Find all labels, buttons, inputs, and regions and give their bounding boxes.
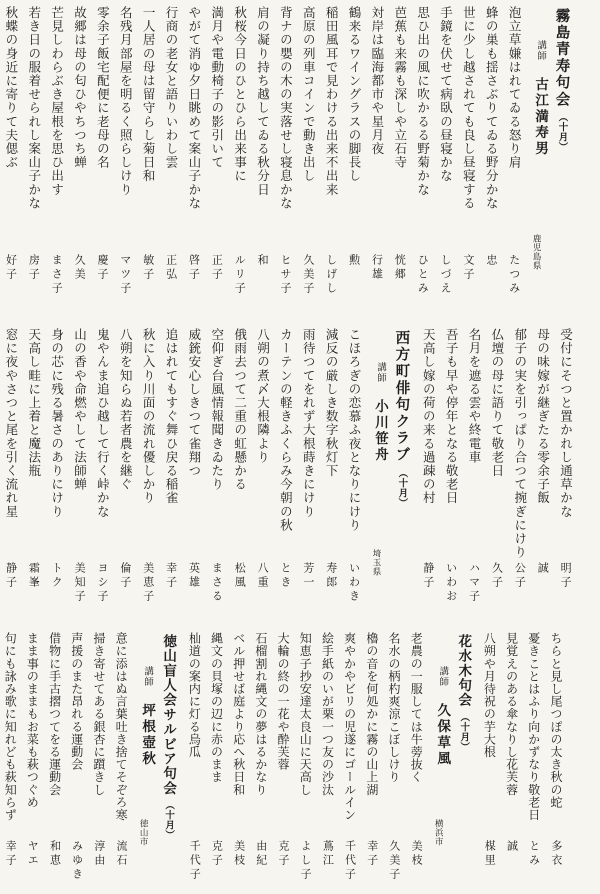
haiku-author: ヨシ子 (94, 562, 110, 604)
haiku-text: 絵手紙のいが栗一つ友の沙汰 (319, 632, 335, 840)
haiku-item: 八朔の煮〆大根隣より 八重 (254, 328, 271, 624)
haiku-text: 背ナの嬰の木の実落せし寝息かな (277, 6, 294, 254)
place-name: 横浜市 (433, 819, 445, 846)
haiku-author: 慶子 (94, 254, 110, 282)
lecturer-column: 講師 坪根壺秋 徳山市 (138, 632, 156, 894)
haiku-item: 若き日の服着せられし案山子かな 房子 (25, 6, 42, 318)
haiku-text: 受付にそつと置かれし通草かな (557, 328, 574, 562)
lecturer-name: 古江満寿男 (533, 77, 548, 157)
haiku-item: 対岸は臨海都市や星月夜 行雄 (368, 6, 385, 318)
haiku-text: 秋蝶の身近に寄りて夫偲ぶ (2, 6, 19, 254)
haiku-item: 泡立草嫌はれてゐる怒り肩 たつみ (505, 6, 522, 318)
section-header: 霧島青寿句会（十月） 講師 古江満寿男 鹿児島県 (531, 6, 570, 318)
haiku-author: 誠 (503, 840, 519, 854)
haiku-item: 杣道の案内に灯る烏瓜 千代子 (186, 632, 202, 894)
haiku-author: 倫子 (117, 562, 133, 590)
haiku-item: 秋に入り川面の流れ優しかり 美恵子 (139, 328, 156, 624)
haiku-text: 一人居の母は留守らし菊日和 (139, 6, 156, 254)
section-title: 徳山盲人会サルビア句会 (161, 634, 176, 796)
haiku-item: 憂きことはふり向かずなり敬老日 とみ (526, 632, 542, 894)
section-header: 西方町俳句クラブ（十月） 講師 小川笹舟 埼玉県 (371, 328, 410, 624)
section-header: 徳山盲人会サルビア句会（十月） 講師 坪根壺秋 徳山市 (138, 632, 177, 894)
haiku-author: 恍郷 (391, 254, 407, 282)
haiku-author: たつみ (506, 254, 522, 296)
haiku-author: 久子 (488, 562, 504, 590)
haiku-item: 見覚えのある傘なりし花芙蓉 誠 (503, 632, 519, 894)
haiku-item: 仏壇の母に語りて敬老日 久子 (488, 328, 505, 624)
haiku-text: ちらと見し尾つぽの太き秋の蛇 (548, 632, 564, 840)
haiku-author: 芳一 (300, 562, 316, 590)
haiku-text: 杣道の案内に灯る烏瓜 (186, 632, 202, 840)
haiku-item: 世に少し越されても良し昼寝する 文子 (460, 6, 477, 318)
haiku-author: マツ子 (117, 254, 133, 296)
haiku-item: 窓に夜やさつと尾を引く流れ星 静子 (2, 328, 19, 624)
haiku-text: 石榴割れ縄文の夢はるかなり (253, 632, 269, 840)
haiku-text: 天高し嫁の荷の来る過疎の村 (419, 328, 436, 562)
haiku-text: 稲田風耳で見わける出来不出来 (322, 6, 339, 254)
haiku-text: 天高し畦に上着と魔法瓶 (25, 328, 42, 562)
haiku-item: 稲田風耳で見わける出来不出来 しげし (322, 6, 339, 318)
haiku-item: 名月を遮る雲や終電車 ハマ子 (465, 328, 482, 624)
haiku-author: いわき (346, 562, 362, 604)
haiku-author: 房子 (25, 254, 41, 282)
haiku-text: 蜂の巣も揺さぶりてゐる野分かな (482, 6, 499, 254)
haiku-text: 句にも詠み歌に知れども萩知らず (2, 632, 18, 840)
haiku-item: 思ひ出の風に吹かるる野菊かな ひとみ (414, 6, 431, 318)
haiku-text: 見覚えのある傘なりし花芙蓉 (503, 632, 519, 840)
haiku-item: 意に添はぬ言葉吐き捨てそぞろ寒 流石 (113, 632, 129, 894)
haiku-item: 追はれてもすぐ舞ひ戻る稲雀 幸子 (162, 328, 179, 624)
haiku-item: 石榴割れ縄文の夢はるかなり 由紀 (253, 632, 269, 894)
haiku-author: 由紀 (253, 840, 269, 868)
page: 霧島青寿句会（十月） 講師 古江満寿男 鹿児島県 泡立草嫌はれてゐる怒り肩 たつ… (0, 0, 600, 894)
haiku-author: 克子 (275, 840, 291, 868)
section-title: 西方町俳句クラブ (393, 330, 409, 464)
haiku-text: 威銃安心しきつて雀翔つ (185, 328, 202, 562)
haiku-text: 憂きことはふり向かずなり敬老日 (526, 632, 542, 840)
haiku-author: 美知子 (71, 562, 87, 604)
haiku-item: 鶴来るワイングラスの脚長し 勲 (345, 6, 362, 318)
haiku-item: やがて消ゆ夕日眺めて案山子かな 啓子 (185, 6, 202, 318)
haiku-item: ベル押せば庭より応へ秋日和 美枝 (231, 632, 247, 894)
haiku-text: 八朔の煮〆大根隣より (254, 328, 271, 562)
haiku-author: しづえ (437, 254, 453, 296)
haiku-item: 空仰ぎ台風情報聞きゐたり まさる (208, 328, 225, 624)
haiku-item: カーテンの軽きふくらみ今朝の秋 とき (277, 328, 294, 624)
haiku-item: 行商の老女と語りいわし雲 正弘 (162, 6, 179, 318)
haiku-text: 世に少し越されても良し昼寝する (460, 6, 477, 254)
haiku-text: ベル押せば庭より応へ秋日和 (231, 632, 247, 840)
band-1: 霧島青寿句会（十月） 講師 古江満寿男 鹿児島県 泡立草嫌はれてゐる怒り肩 たつ… (2, 6, 574, 318)
haiku-author: とみ (526, 840, 542, 868)
haiku-item: まま事のままもお菜も萩つぐめ ヤエ (24, 632, 40, 894)
haiku-text: 秋に入り川面の流れ優しかり (139, 328, 156, 562)
haiku-item: 肩の凝り持ち越してゐる秋分日 和 (254, 6, 271, 318)
lecturer-label: 講師 (535, 40, 545, 61)
haiku-text: 名残月部屋を明るく照らしけり (116, 6, 133, 254)
haiku-item: 郁子の実を引っぱり合つて捥ぎにけり 公子 (511, 328, 528, 624)
haiku-item: 爽やかやビリの児遂にゴールイン 千代子 (341, 632, 357, 894)
haiku-item: 借物に手古摺つてをる運動会 和恵 (46, 632, 62, 894)
lecturer-column: 講師 久保草風 横浜市 (433, 632, 451, 894)
haiku-author: しげし (323, 254, 339, 296)
lecturer-name: 坪根壺秋 (140, 703, 155, 767)
haiku-item: 山の香や命燃やして法師蝉 美知子 (71, 328, 88, 624)
haiku-author: ハマ子 (466, 562, 482, 604)
haiku-author: トク (48, 562, 64, 590)
haiku-text: 借物に手古摺つてをる運動会 (46, 632, 62, 840)
haiku-text: 若き日の服着せられし案山子かな (25, 6, 42, 254)
haiku-item: 受付にそつと置かれし通草かな 明子 (557, 328, 574, 624)
section-title-column: 徳山盲人会サルビア句会（十月） (159, 632, 177, 894)
haiku-item: 絵手紙のいが栗一つ友の沙汰 蔦江 (319, 632, 335, 894)
haiku-item: 知恵子抄安達太良山に天高し よし子 (297, 632, 313, 894)
haiku-item: 老農の一服しては牛蒡抜く 美枝 (408, 632, 424, 894)
haiku-item: 八朔を知らぬ若者農を継ぐ 倫子 (116, 328, 133, 624)
haiku-item: 一人居の母は留守らし菊日和 敏子 (139, 6, 156, 318)
haiku-item: 芭蕉も来霧も深しや立石寺 恍郷 (391, 6, 408, 318)
lecturer-column: 講師 古江満寿男 鹿児島県 (531, 6, 549, 318)
haiku-author: 啓子 (185, 254, 201, 282)
haiku-text: 雨待つてをれず大根蒔きにけり (299, 328, 316, 562)
haiku-author: 敏子 (140, 254, 156, 282)
haiku-text: 母の味嫁が継ぎたる零余子飯 (534, 328, 551, 562)
haiku-text: 名月を遮る雲や終電車 (465, 328, 482, 562)
haiku-author: 文子 (460, 254, 476, 282)
haiku-author: 明子 (557, 562, 573, 590)
haiku-text: 声援のまた昂れる運動会 (69, 632, 85, 840)
lecturer-name: 久保草風 (435, 703, 450, 767)
haiku-author: 和恵 (46, 840, 62, 868)
haiku-author: 楳里 (481, 840, 497, 868)
haiku-text: 追はれてもすぐ舞ひ戻る稲雀 (162, 328, 179, 562)
haiku-item: 俄雨去つて二重の虹懸かる 松風 (231, 328, 248, 624)
section-title-column: 西方町俳句クラブ（十月） (392, 328, 410, 624)
haiku-item: 手鏡を伏せて病臥の昼寝かな しづえ (437, 6, 454, 318)
haiku-text: 減反の厳しき数字秋灯下 (322, 328, 339, 562)
haiku-text: 爽やかやビリの児遂にゴールイン (341, 632, 357, 840)
haiku-text: 吾子も早や停年となる敬老日 (442, 328, 459, 562)
haiku-author: 久美子 (300, 254, 316, 296)
haiku-author: 美恵子 (140, 562, 156, 604)
haiku-text: 対岸は臨海都市や星月夜 (368, 6, 385, 254)
haiku-item: 身の芯に残る暑さのありにけり トク (48, 328, 65, 624)
haiku-item: 減反の厳しき数字秋灯下 寿郎 (322, 328, 339, 624)
haiku-text: 肩の凝り持ち越してゐる秋分日 (254, 6, 271, 254)
lecturer-label: 講師 (375, 362, 385, 383)
haiku-author: まさ子 (48, 254, 64, 296)
haiku-author: 久美子 (386, 840, 402, 882)
haiku-author: ヤエ (24, 840, 40, 868)
haiku-item: こほろぎの恋慕ふ夜となりにけり いわき (345, 328, 362, 624)
haiku-author: 英雄 (185, 562, 201, 590)
haiku-author: 正子 (208, 254, 224, 282)
haiku-author: 正弘 (163, 254, 179, 282)
haiku-text: 高原の列車コインで動き出し (299, 6, 316, 254)
haiku-author: 幸子 (2, 840, 18, 868)
haiku-text: 老農の一服しては牛蒡抜く (408, 632, 424, 840)
haiku-text: 郁子の実を引っぱり合つて捥ぎにけり (511, 328, 528, 562)
section-header: 花水木句会（十月） 講師 久保草風 横浜市 (433, 632, 472, 894)
haiku-author: よし子 (297, 840, 313, 882)
haiku-text: 知恵子抄安達太良山に天高し (297, 632, 313, 840)
haiku-author: 蔦江 (319, 840, 335, 868)
haiku-text: 意に添はぬ言葉吐き捨てそぞろ寒 (113, 632, 129, 840)
haiku-item: 母の味嫁が継ぎたる零余子飯 誠 (534, 328, 551, 624)
haiku-text: 身の芯に残る暑さのありにけり (48, 328, 65, 562)
section-month: （十月） (396, 468, 406, 508)
haiku-text: 山の香や命燃やして法師蝉 (71, 328, 88, 562)
haiku-author: 公子 (511, 562, 527, 590)
haiku-text: 鬼やんま追ひ越して行く峠かな (94, 328, 111, 562)
section-month: （十月） (557, 112, 567, 152)
section-title: 霧島青寿句会 (554, 8, 570, 108)
haiku-text: 鶴来るワイングラスの脚長し (345, 6, 362, 254)
haiku-author: 行雄 (368, 254, 384, 282)
haiku-item: 背ナの嬰の木の実落せし寝息かな ヒサ子 (277, 6, 294, 318)
haiku-item: 櫓の音を何処かに霧の山上湖 幸子 (364, 632, 380, 894)
haiku-text: 仏壇の母に語りて敬老日 (488, 328, 505, 562)
haiku-item: 故郷は母の匂ひやちつち蝉 久美 (71, 6, 88, 318)
haiku-author: 美枝 (408, 840, 424, 868)
place-name: 徳山市 (138, 819, 150, 846)
haiku-item: 秋蝶の身近に寄りて夫偲ぶ 好子 (2, 6, 19, 318)
haiku-author: みゆき (69, 840, 85, 882)
section-title-column: 花水木句会（十月） (454, 632, 472, 894)
haiku-text: 空仰ぎ台風情報聞きゐたり (208, 328, 225, 562)
haiku-author: ひとみ (414, 254, 430, 296)
haiku-author: 松風 (231, 562, 247, 590)
band-2: 受付にそつと置かれし通草かな 明子 母の味嫁が継ぎたる零余子飯 誠 郁子の実を引… (2, 328, 574, 624)
haiku-item: 雨待つてをれず大根蒔きにけり 芳一 (299, 328, 316, 624)
haiku-text: こほろぎの恋慕ふ夜となりにけり (345, 328, 362, 562)
lecturer-column: 講師 小川笹舟 埼玉県 (371, 328, 389, 624)
haiku-item: 鬼やんま追ひ越して行く峠かな ヨシ子 (94, 328, 111, 624)
section-month: （十月） (163, 800, 173, 840)
haiku-author: 八重 (254, 562, 270, 590)
haiku-text: 泡立草嫌はれてゐる怒り肩 (505, 6, 522, 254)
haiku-item: 満月や電動椅子の影引いて 正子 (208, 6, 225, 318)
haiku-item: 芒見しわらぶき屋根を思ひ出す まさ子 (48, 6, 65, 318)
section-title: 花水木句会 (456, 634, 471, 708)
haiku-author: 好子 (2, 254, 18, 282)
haiku-text: 芒見しわらぶき屋根を思ひ出す (48, 6, 65, 254)
haiku-item: 名残月部屋を明るく照らしけり マツ子 (116, 6, 133, 318)
haiku-text: やがて消ゆ夕日眺めて案山子かな (185, 6, 202, 254)
haiku-item: 零余子飯宅配便に老母の名 慶子 (94, 6, 111, 318)
haiku-author: まさる (208, 562, 224, 604)
haiku-author: 霜峯 (25, 562, 41, 590)
haiku-author: いわお (443, 562, 459, 604)
haiku-author: 千代子 (342, 840, 358, 882)
haiku-item: 大輪の終の一花や酔芙蓉 克子 (275, 632, 291, 894)
haiku-text: 満月や電動椅子の影引いて (208, 6, 225, 254)
haiku-item: 威銃安心しきつて雀翔つ 英雄 (185, 328, 202, 624)
haiku-text: 手鏡を伏せて病臥の昼寝かな (437, 6, 454, 254)
haiku-text: 掃き寄せてある銀杏に躓きし (91, 632, 107, 840)
haiku-item: 天高し嫁の荷の来る過疎の村 静子 (419, 328, 436, 624)
haiku-author: 勲 (346, 254, 362, 268)
lecturer-label: 講師 (437, 666, 447, 687)
haiku-item: 秋桜今日のひとひら出来事に ルリ子 (231, 6, 248, 318)
section-month: （十月） (458, 712, 468, 752)
haiku-author: 多衣 (548, 840, 564, 868)
haiku-item: 縄文の貝塚の辺に赤のまま 克子 (208, 632, 224, 894)
haiku-item: 天高し畦に上着と魔法瓶 霜峯 (25, 328, 42, 624)
haiku-author: 幸子 (163, 562, 179, 590)
haiku-text: 芭蕉も来霧も深しや立石寺 (391, 6, 408, 254)
place-name: 鹿児島県 (531, 234, 543, 270)
haiku-item: 八朔や月待祝の芋大根 楳里 (481, 632, 497, 894)
haiku-author: 流石 (113, 840, 129, 868)
haiku-author: 静子 (2, 562, 18, 590)
lecturer-name: 小川笹舟 (373, 399, 388, 463)
haiku-text: 思ひ出の風に吹かるる野菊かな (414, 6, 431, 254)
haiku-item: 蜂の巣も揺さぶりてゐる野分かな 忠 (482, 6, 499, 318)
haiku-text: 故郷は母の匂ひやちつち蝉 (71, 6, 88, 254)
haiku-text: 俄雨去つて二重の虹懸かる (231, 328, 248, 562)
haiku-author: 克子 (208, 840, 224, 868)
haiku-text: 秋桜今日のひとひら出来事に (231, 6, 248, 254)
haiku-author: 久美 (71, 254, 87, 282)
haiku-text: 縄文の貝塚の辺に赤のまま (208, 632, 224, 840)
haiku-item: 吾子も早や停年となる敬老日 いわお (442, 328, 459, 624)
haiku-author: ルリ子 (231, 254, 247, 296)
lecturer-label: 講師 (142, 666, 152, 687)
haiku-author: 和 (254, 254, 270, 268)
haiku-author: 淳由 (91, 840, 107, 868)
haiku-item: 句にも詠み歌に知れども萩知らず 幸子 (2, 632, 18, 894)
haiku-text: 大輪の終の一花や酔芙蓉 (275, 632, 291, 840)
band-3: ちらと見し尾つぽの太き秋の蛇 多衣 憂きことはふり向かずなり敬老日 とみ 見覚え… (2, 632, 564, 894)
haiku-author: 静子 (420, 562, 436, 590)
haiku-author: 忠 (483, 254, 499, 268)
place-name: 埼玉県 (371, 549, 383, 576)
haiku-item: 掃き寄せてある銀杏に躓きし 淳由 (91, 632, 107, 894)
haiku-item: 声援のまた昂れる運動会 みゆき (69, 632, 85, 894)
haiku-text: 行商の老女と語りいわし雲 (162, 6, 179, 254)
haiku-author: とき (277, 562, 293, 590)
haiku-author: 美枝 (231, 840, 247, 868)
haiku-text: 八朔を知らぬ若者農を継ぐ (116, 328, 133, 562)
haiku-item: 名水の柄杓爽涼こぼしけり 久美子 (386, 632, 402, 894)
haiku-text: カーテンの軽きふくらみ今朝の秋 (277, 328, 294, 562)
haiku-text: 零余子飯宅配便に老母の名 (94, 6, 111, 254)
haiku-author: 幸子 (364, 840, 380, 868)
haiku-author: ヒサ子 (277, 254, 293, 296)
haiku-text: まま事のままもお菜も萩つぐめ (24, 632, 40, 840)
haiku-item: 高原の列車コインで動き出し 久美子 (299, 6, 316, 318)
haiku-item: ちらと見し尾つぽの太き秋の蛇 多衣 (548, 632, 564, 894)
haiku-text: 八朔や月待祝の芋大根 (481, 632, 497, 840)
haiku-author: 誠 (534, 562, 550, 576)
haiku-author: 寿郎 (323, 562, 339, 590)
haiku-text: 櫓の音を何処かに霧の山上湖 (364, 632, 380, 840)
haiku-author: 千代子 (186, 840, 202, 882)
haiku-text: 窓に夜やさつと尾を引く流れ星 (2, 328, 19, 562)
haiku-text: 名水の柄杓爽涼こぼしけり (386, 632, 402, 840)
section-title-column: 霧島青寿句会（十月） (552, 6, 570, 318)
